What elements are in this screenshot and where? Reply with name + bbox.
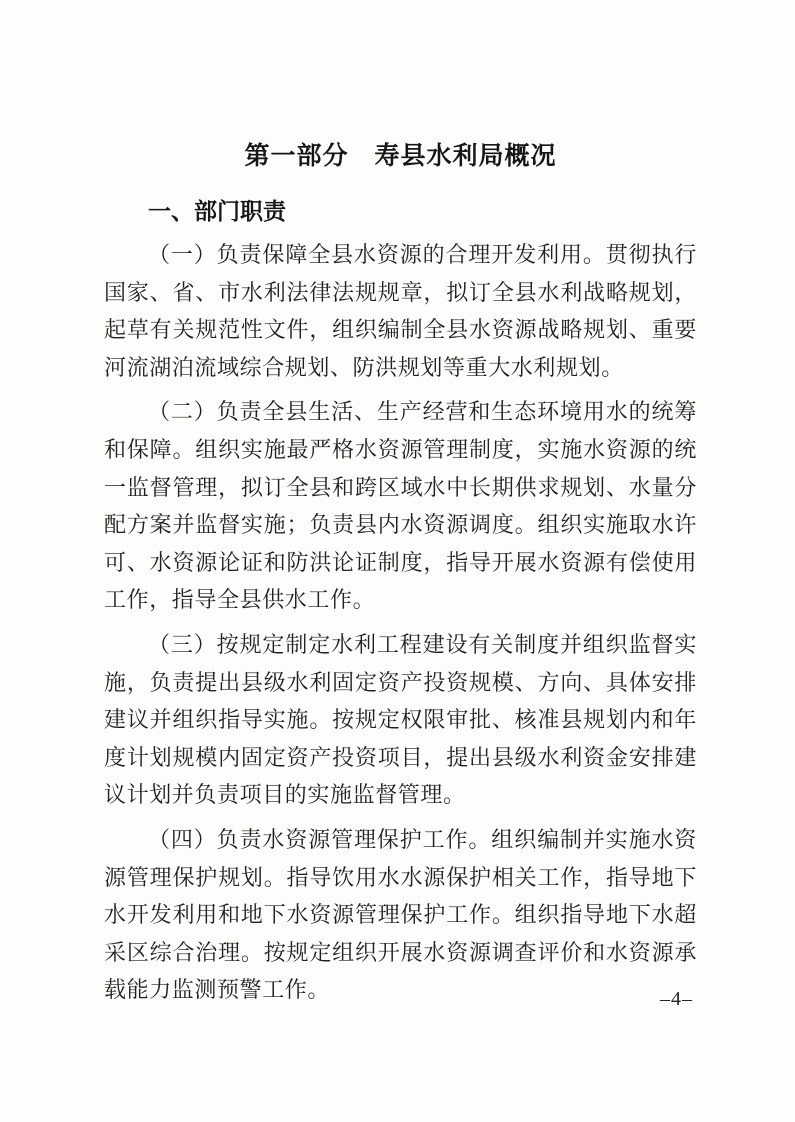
paragraph-duty-2: （二）负责全县生活、生产经营和生态环境用水的统筹和保障。组织实施最严格水资源管理… — [104, 393, 697, 619]
section-heading-department-duties: 一、部门职责 — [104, 197, 697, 227]
page-number: –4– — [660, 988, 693, 1011]
document-content: 第一部分 寿县水利局概况 一、部门职责 （一）负责保障全县水资源的合理开发利用。… — [104, 0, 697, 1009]
document-title: 第一部分 寿县水利局概况 — [104, 140, 697, 173]
document-page: 第一部分 寿县水利局概况 一、部门职责 （一）负责保障全县水资源的合理开发利用。… — [0, 0, 795, 1122]
paragraph-duty-4: （四）负责水资源管理保护工作。组织编制并实施水资源管理保护规划。指导饮用水水源保… — [104, 821, 697, 1009]
paragraph-duty-1: （一）负责保障全县水资源的合理开发利用。贯彻执行国家、省、市水利法律法规规章，拟… — [104, 236, 697, 386]
paragraph-duty-3: （三）按规定制定水利工程建设有关制度并组织监督实施，负责提出县级水利固定资产投资… — [104, 626, 697, 814]
